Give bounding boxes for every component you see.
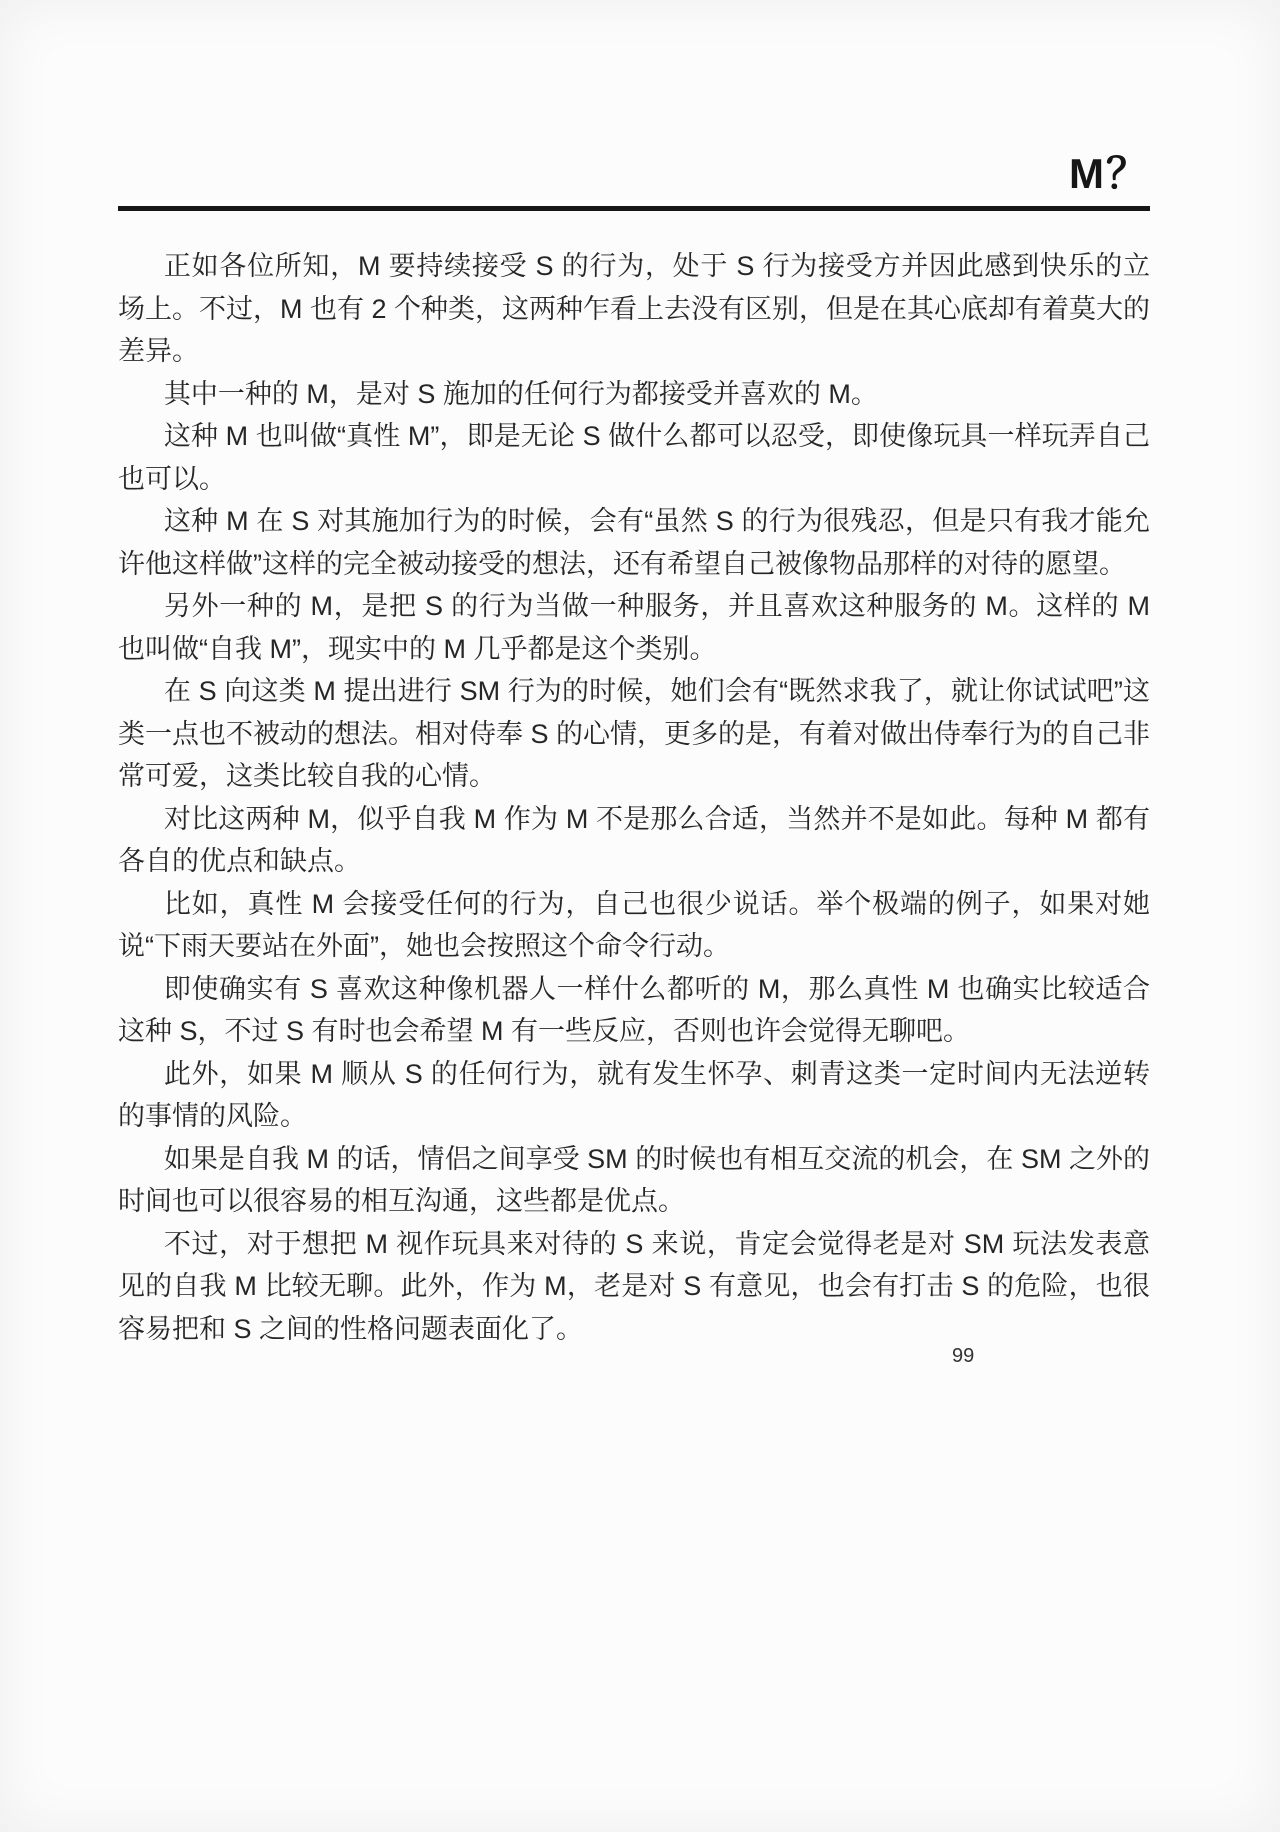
paragraph: 对比这两种 M，似乎自我 M 作为 M 不是那么合适，当然并不是如此。每种 M …: [118, 798, 1150, 883]
paragraph: 如果是自我 M 的话，情侣之间享受 SM 的时候也有相互交流的机会，在 SM 之…: [118, 1138, 1150, 1223]
paragraph: 不过，对于想把 M 视作玩具来对待的 S 来说，肯定会觉得老是对 SM 玩法发表…: [118, 1223, 1150, 1351]
paragraph: 比如，真性 M 会接受任何的行为，自己也很少说话。举个极端的例子，如果对她说“下…: [118, 883, 1150, 968]
header-divider: [118, 206, 1150, 211]
page-title: M？: [118, 148, 1150, 200]
paragraph: 其中一种的 M，是对 S 施加的任何行为都接受并喜欢的 M。: [118, 373, 1150, 416]
body-text: 正如各位所知，M 要持续接受 S 的行为，处于 S 行为接受方并因此感到快乐的立…: [118, 245, 1150, 1350]
paragraph: 这种 M 在 S 对其施加行为的时候，会有“虽然 S 的行为很残忍，但是只有我才…: [118, 500, 1150, 585]
page-header: M？: [118, 148, 1150, 211]
paragraph: 正如各位所知，M 要持续接受 S 的行为，处于 S 行为接受方并因此感到快乐的立…: [118, 245, 1150, 373]
paragraph: 此外，如果 M 顺从 S 的任何行为，就有发生怀孕、刺青这类一定时间内无法逆转的…: [118, 1053, 1150, 1138]
document-page: M？ 正如各位所知，M 要持续接受 S 的行为，处于 S 行为接受方并因此感到快…: [0, 0, 1280, 1832]
paragraph: 另外一种的 M，是把 S 的行为当做一种服务，并且喜欢这种服务的 M。这样的 M…: [118, 585, 1150, 670]
paragraph: 在 S 向这类 M 提出进行 SM 行为的时候，她们会有“既然求我了，就让你试试…: [118, 670, 1150, 798]
paragraph: 即使确实有 S 喜欢这种像机器人一样什么都听的 M，那么真性 M 也确实比较适合…: [118, 968, 1150, 1053]
paragraph: 这种 M 也叫做“真性 M”，即是无论 S 做什么都可以忍受，即使像玩具一样玩弄…: [118, 415, 1150, 500]
page-number: 99: [952, 1345, 974, 1368]
